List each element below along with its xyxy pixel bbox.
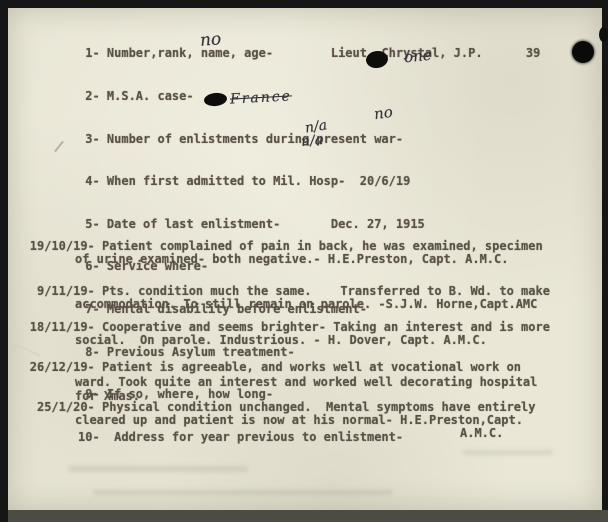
hole-punch (572, 41, 594, 63)
entry-text: Patient is agreeable, and works well at … (102, 360, 521, 374)
entry-text: accommodation. To still remain on parole… (25, 298, 550, 311)
scan-bottom-edge (8, 510, 608, 522)
form-line-4: 4- When first admitted to Mil. Hosp- 20/… (78, 174, 540, 188)
progress-entry: 19/10/19- Patient complained of pain in … (25, 240, 543, 266)
entry-text: of urine examined- both negative.- H.E.P… (25, 253, 543, 266)
pencil-tick-mark (54, 141, 64, 152)
progress-entry: 26/12/19- Patient is agreeable, and work… (25, 360, 537, 404)
handwriting-how-long: n/a (300, 132, 324, 150)
entry-date: 26/12/19- (25, 360, 102, 375)
entry-text: social. On parole. Industrious. - H. Dov… (25, 334, 550, 347)
scanned-document: 1- Number,rank, name, age- Lieut. Chryst… (0, 0, 608, 522)
progress-entry: 9/11/19- Pts. condition much the same. T… (25, 285, 550, 311)
record-page: 1- Number,rank, name, age- Lieut. Chryst… (8, 8, 602, 510)
progress-entry: 18/11/19- Cooperative and seems brighter… (25, 321, 550, 347)
handwriting-msa-case: no (199, 29, 222, 51)
bleed-through-smudge (93, 490, 393, 495)
progress-entry: 25/1/20- Physical condition unchanged. M… (25, 401, 535, 440)
form-line-1: 1- Number,rank, name, age- Lieut. Chryst… (78, 46, 540, 60)
entry-text: Patient complained of pain in back, he w… (102, 239, 543, 253)
entry-text: ward. Took quite an interest and worked … (25, 375, 537, 390)
form-line-2: 2- M.S.A. case- (78, 89, 540, 103)
entry-text: Cooperative and seems brighter- Taking a… (102, 320, 550, 334)
bleed-through-smudge (463, 450, 553, 455)
entry-text: cleared up and patient is now at his nor… (25, 414, 535, 427)
entry-text: Pts. condition much the same. Transferre… (102, 284, 550, 298)
bleed-through-smudge (68, 466, 248, 472)
edge-ink-mark (599, 27, 608, 42)
form-line-5: 5- Date of last enlistment- Dec. 27, 191… (78, 217, 540, 231)
handwriting-service-where: France (230, 88, 293, 107)
handwriting-mental-disability: no (373, 103, 394, 123)
handwriting-enlistments: one (403, 46, 432, 67)
entry-text: A.M.C. (25, 427, 535, 440)
entry-text: Physical condition unchanged. Mental sym… (102, 400, 535, 414)
